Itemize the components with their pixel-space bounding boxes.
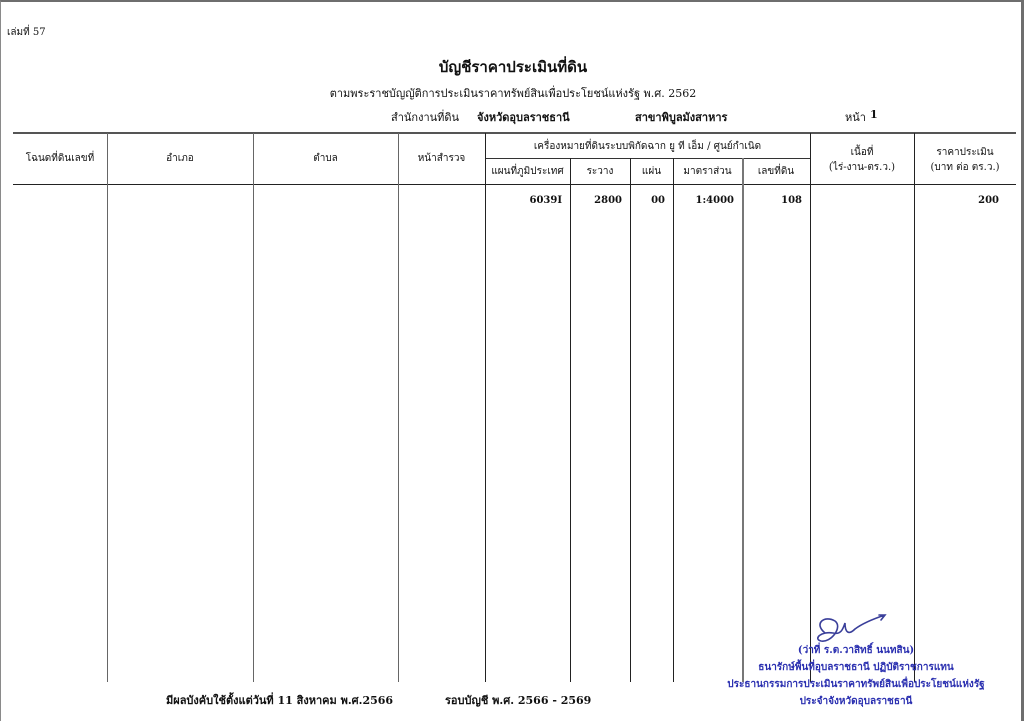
cell-utm-zone: 2800 [570,195,622,206]
table-top-border [13,132,1016,134]
column-divider [810,133,811,682]
volume-number: เล่มที่ 57 [7,25,46,40]
page-number: 1 [870,108,878,121]
column-divider [398,133,399,682]
office-branch: สาขาพิบูลมังสาหาร [635,108,727,126]
header-area-line1: เนื้อที่ [810,145,914,160]
document-title: บัญชีราคาประเมินที่ดิน [1,55,1025,79]
page-label: หน้า [845,108,866,126]
column-divider [914,133,915,682]
header-utm-group: เครื่องหมายที่ดินระบบพิกัดฉาก ยู ที เอ็ม… [485,139,810,154]
header-price-line2: (บาท ต่อ ตร.ว.) [914,160,1016,175]
account-cycle: รอบบัญชี พ.ศ. 2566 - 2569 [445,691,591,709]
signer-title-3: ประจำจังหวัดอุบลราชธานี [701,693,1011,710]
header-utm-scale: มาตราส่วน [673,164,742,179]
header-utm-parcel: เลขที่ดิน [742,164,810,179]
header-survey-page: หน้าสำรวจ [398,151,485,166]
cell-utm-parcel: 108 [742,195,802,206]
header-area-line2: (ไร่-งาน-ตร.ว.) [810,160,914,175]
header-utm-map: แผนที่ภูมิประเทศ [485,164,570,179]
column-divider [570,158,571,682]
cell-utm-scale: 1:4000 [673,195,734,206]
signer-title-1: ธนารักษ์พื้นที่อุบลราชธานี ปฏิบัติราชการ… [701,659,1011,676]
column-divider [742,158,744,682]
document-subtitle: ตามพระราชบัญญัติการประเมินราคาทรัพย์สินเ… [1,84,1025,102]
signer-name: (ว่าที่ ร.ต.วาสิทธิ์ นนทสิน) [701,642,1011,659]
subheader-divider [485,158,810,159]
column-divider [630,158,631,682]
cell-price: 200 [914,195,999,206]
office-province: จังหวัดอุบลราชธานี [477,108,570,126]
effective-date: มีผลบังคับใช้ตั้งแต่วันที่ 11 สิงหาคม พ.… [166,691,393,709]
column-divider [253,133,254,682]
signer-title-2: ประธานกรรมการประเมินราคาทรัพย์สินเพื่อปร… [701,676,1011,693]
header-district: อำเภอ [107,151,253,166]
header-deed-no: โฉนดที่ดินเลขที่ [13,151,107,166]
column-divider [673,158,674,682]
header-price: ราคาประเมิน (บาท ต่อ ตร.ว.) [914,145,1016,175]
header-subdistrict: ตำบล [253,151,398,166]
column-divider [485,133,486,682]
cell-utm-sheet: 00 [630,195,665,206]
header-bottom-border [13,184,1016,185]
header-price-line1: ราคาประเมิน [914,145,1016,160]
document-page: เล่มที่ 57 บัญชีราคาประเมินที่ดิน ตามพระ… [0,0,1024,721]
column-divider [107,133,108,682]
header-utm-sheet: แผ่น [630,164,673,179]
cell-utm-map: 6039I [485,195,562,206]
header-area: เนื้อที่ (ไร่-งาน-ตร.ว.) [810,145,914,175]
office-label: สำนักงานที่ดิน [391,108,459,126]
header-utm-zone: ระวาง [570,164,630,179]
